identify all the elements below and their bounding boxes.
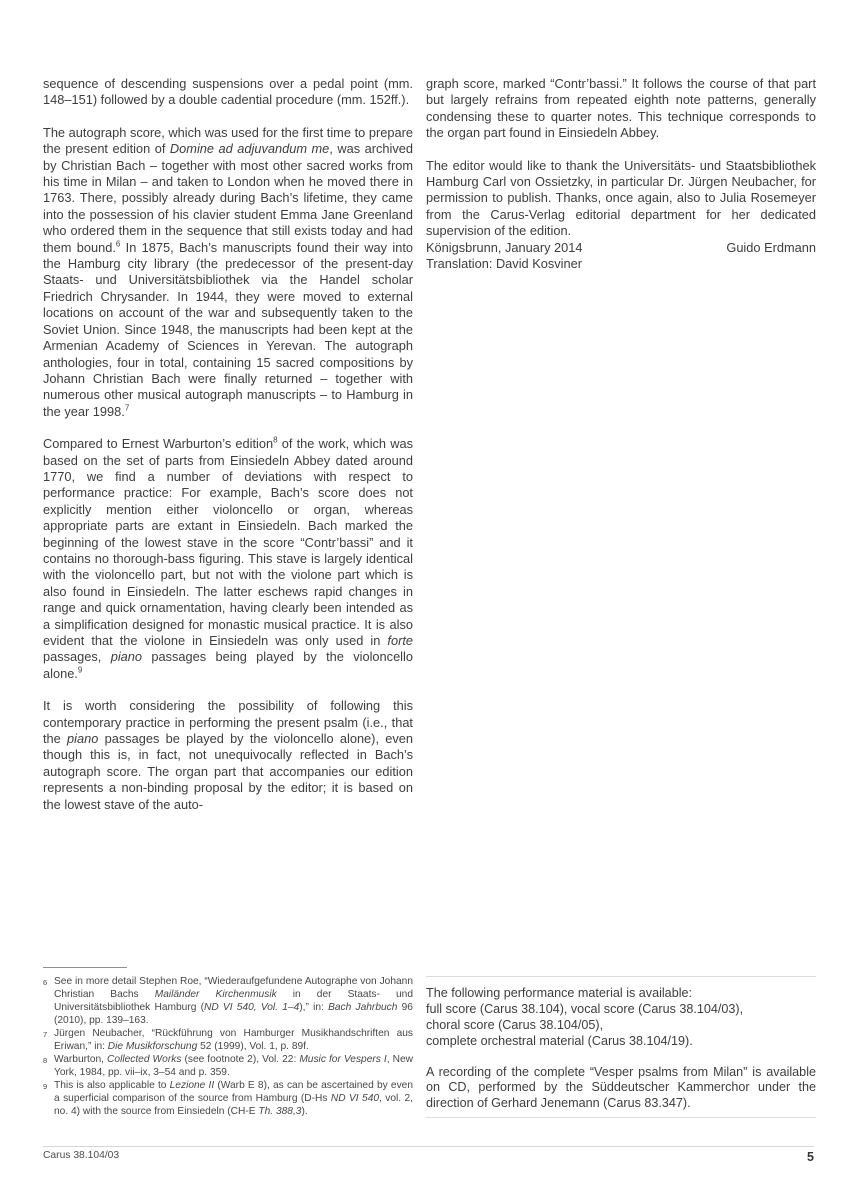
availability-line: choral score (Carus 38.104/05), [426, 1018, 816, 1034]
text-run: ). [301, 1106, 307, 1117]
footnote-text: Jürgen Neubacher, “Rückführung von Hambu… [54, 1027, 413, 1053]
italic-text: Mailänder Kirchenmusik [155, 989, 277, 1000]
paragraph: The autograph score, which was used for … [43, 125, 413, 420]
text-run: In 1875, Bach’s manuscripts found their … [43, 240, 413, 419]
footnote-number: 6 [43, 975, 54, 1027]
text-run: of the work, which was based on the set … [43, 436, 413, 648]
page-number: 5 [807, 1150, 814, 1164]
signoff-place-date: Königsbrunn, January 2014 [426, 240, 583, 256]
footnote: 6See in more detail Stephen Roe, “Wieder… [43, 975, 413, 1027]
footnote-ref: 7 [125, 403, 129, 412]
page-footer: Carus 38.104/03 5 [43, 1146, 814, 1164]
footnote-number: 8 [43, 1053, 54, 1079]
text-run: sequence of descending suspensions over … [43, 76, 413, 107]
footnote-text: This is also applicable to Lezione II (W… [54, 1079, 413, 1118]
document-page: sequence of descending suspensions over … [0, 0, 845, 1200]
performance-material-lines: The following performance material is av… [426, 986, 816, 1049]
text-run: (see footnote 2), Vol. 22: [181, 1054, 299, 1065]
left-column: sequence of descending suspensions over … [43, 76, 413, 1118]
paragraph: The editor would like to thank the Unive… [426, 158, 816, 240]
footnote-text: Warburton, Collected Works (see footnote… [54, 1053, 413, 1079]
recording-note: A recording of the complete “Vesper psal… [426, 1065, 816, 1112]
left-column-paragraphs: sequence of descending suspensions over … [43, 76, 413, 813]
footnote-number: 7 [43, 1027, 54, 1053]
text-columns: sequence of descending suspensions over … [43, 76, 816, 1118]
footnote-ref: 9 [78, 666, 82, 675]
italic-text: forte [387, 633, 413, 648]
text-run: The editor would like to thank the Unive… [426, 158, 816, 239]
italic-text: Die Musikforschung [108, 1041, 197, 1052]
signoff-translation: Translation: David Kosviner [426, 256, 816, 272]
footnote-list: 6See in more detail Stephen Roe, “Wieder… [43, 975, 413, 1118]
availability-top-rule [426, 976, 816, 977]
text-run: , was archived by Christian Bach – toget… [43, 141, 413, 254]
italic-text: piano [67, 731, 98, 746]
italic-text: Domine ad adjuvandum me [170, 141, 329, 156]
signoff-row: Königsbrunn, January 2014 Guido Erdmann [426, 240, 816, 256]
footnotes-section: 6See in more detail Stephen Roe, “Wieder… [43, 967, 413, 1118]
text-run: This is also applicable to [54, 1080, 170, 1091]
italic-text: Lezione II [170, 1080, 215, 1091]
footnote-separator-rule [43, 967, 127, 968]
catalog-number: Carus 38.104/03 [43, 1150, 119, 1161]
italic-text: ND VI 540 [331, 1093, 379, 1104]
availability-section: The following performance material is av… [426, 976, 816, 1118]
right-column: graph score, marked “Contr’bassi.” It fo… [426, 76, 816, 1118]
italic-text: Bach Jahrbuch [328, 1002, 397, 1013]
footnote: 9This is also applicable to Lezione II (… [43, 1079, 413, 1118]
text-run: graph score, marked “Contr’bassi.” It fo… [426, 76, 816, 140]
right-column-paragraphs: graph score, marked “Contr’bassi.” It fo… [426, 76, 816, 240]
text-run: 52 (1999), Vol. 1, p. 89f. [197, 1041, 309, 1052]
italic-text: Music for Vespers I [299, 1054, 386, 1065]
footnote-text: See in more detail Stephen Roe, “Wiedera… [54, 975, 413, 1027]
text-run: passages, [43, 649, 111, 664]
availability-bottom-rule [426, 1117, 816, 1118]
italic-text: Th. 388,3 [258, 1106, 301, 1117]
italic-text: Collected Works [107, 1054, 181, 1065]
text-run: passages be played by the violoncello al… [43, 731, 413, 812]
availability-line: The following performance material is av… [426, 986, 816, 1002]
footnote: 7Jürgen Neubacher, “Rückführung von Hamb… [43, 1027, 413, 1053]
paragraph: Compared to Ernest Warburton’s edition8 … [43, 436, 413, 682]
footnote: 8Warburton, Collected Works (see footnot… [43, 1053, 413, 1079]
italic-text: piano [111, 649, 142, 664]
text-run: ),” in: [299, 1002, 328, 1013]
signoff-block: Königsbrunn, January 2014 Guido Erdmann … [426, 240, 816, 273]
text-run: Warburton, [54, 1054, 107, 1065]
footnote-number: 9 [43, 1079, 54, 1118]
availability-line: complete orchestral material (Carus 38.1… [426, 1034, 816, 1050]
italic-text: ND VI 540, Vol. 1–4 [204, 1002, 299, 1013]
paragraph: It is worth considering the possibility … [43, 698, 413, 813]
paragraph: sequence of descending suspensions over … [43, 76, 413, 109]
paragraph: graph score, marked “Contr’bassi.” It fo… [426, 76, 816, 142]
text-run: Compared to Ernest Warburton’s edition [43, 436, 273, 451]
signoff-author: Guido Erdmann [726, 240, 816, 256]
availability-line: full score (Carus 38.104), vocal score (… [426, 1002, 816, 1018]
